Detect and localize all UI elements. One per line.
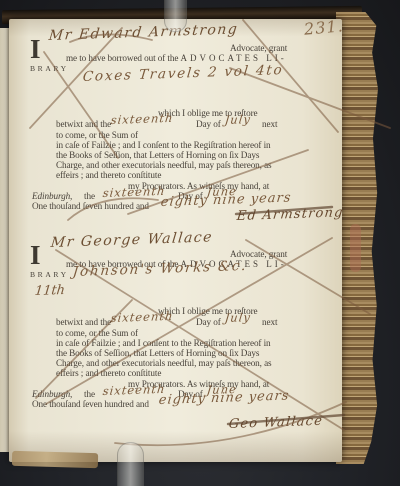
page-holder-strip-top	[164, 0, 187, 32]
register-photo: 231. I Mr Edward Armstrong Advocate, gra…	[0, 0, 400, 486]
page-holder-strip-bottom	[117, 442, 144, 486]
signature-strike-1	[236, 207, 332, 214]
cancellation-strokes	[0, 0, 400, 486]
